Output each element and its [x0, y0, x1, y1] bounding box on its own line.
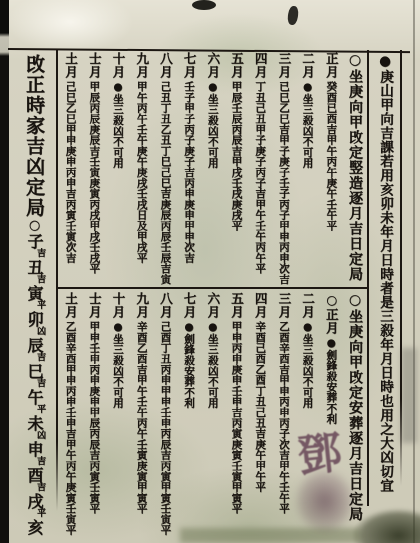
month-days: 乙酉辛酉甲申丙申壬申吉甲午丙午庚寅壬寅平	[65, 321, 77, 535]
section-title: ○坐庚向甲攺定竪造逐月吉日定局	[347, 52, 363, 282]
hour-rating: 凶	[18, 326, 56, 335]
month-column-11: 士月甲辰丙辰庚辰吉壬寅庚寅丙戌甲戌壬戌平	[83, 52, 106, 285]
month-column-9: 九月辛酉乙酉吉甲午壬午丙午壬寅庚寅甲寅平	[130, 292, 153, 539]
hour-rating: 吉	[18, 456, 56, 465]
month-days: ●坐三殺凶不可用	[112, 321, 124, 408]
month-days: 辛酉己酉乙酉丁丑己丑吉庚午甲午平	[254, 321, 266, 492]
construction-section: ○坐庚向甲攺定竪造逐月吉日定局 正月癸酉已酉吉甲午丙午庚午壬午平 二月●坐三殺凶…	[59, 52, 366, 285]
column-rule-left	[56, 49, 58, 511]
month-days: ●坐三殺凶不可用	[302, 81, 314, 168]
hour-branch: 亥	[25, 519, 44, 536]
ink-blot-top	[192, 0, 216, 10]
month-days: 己酉丁丑丙申甲申壬申丙辰吉丙寅甲寅壬寅平	[159, 321, 171, 535]
month-label: 六月	[206, 292, 221, 319]
hour-luck-column: 攺正時家吉凶定局○子吉丑吉寅平卯凶辰吉巳吉午平未凶申吉酉吉戌平亥凶	[11, 54, 56, 536]
hour-rating: 吉	[18, 274, 56, 283]
month-label: ○正月	[324, 292, 339, 335]
hour-rating: 吉	[18, 378, 56, 387]
month-label: 土月	[64, 292, 79, 319]
month-label: 四月	[253, 292, 268, 319]
month-label: 十月	[111, 292, 126, 319]
hour-rating: 吉	[18, 352, 56, 361]
margin-smudge	[401, 348, 417, 443]
hour-rating: 平	[18, 508, 56, 517]
paper-edge	[413, 0, 415, 543]
hour-rating: 凶	[18, 430, 56, 439]
month-column-7: 七月●劍鋒殺安葬不利	[178, 292, 201, 539]
month-days: 已巳乙巳吉甲子庚子壬子丙子甲申丙申次吉	[278, 81, 290, 284]
month-days: 辛酉乙酉吉甲午壬午丙午壬寅庚寅甲寅平	[136, 321, 148, 514]
month-days: 丁丑己丑甲子庚子丙子吉甲午壬午丙午平	[254, 81, 266, 274]
month-column-10: 十月●坐三殺凶不可用	[106, 52, 129, 285]
month-column-11: 士月甲申壬申丙申庚申甲辰丙辰吉丙寅壬寅平	[83, 292, 106, 539]
month-days: 甲辰壬辰丙辰吉甲戌壬戌庚戌平	[230, 81, 242, 231]
month-label: 七月	[182, 52, 197, 79]
month-column-2: 二月●坐三殺凶不可用	[296, 52, 319, 285]
month-column-10: 十月●坐三殺凶不可用	[106, 292, 129, 539]
month-days: 甲申壬申丙申庚申甲辰丙辰吉丙寅壬寅平	[88, 321, 100, 514]
month-label: 四月	[253, 52, 268, 79]
month-days: 己巳乙巳甲申庚申丙申吉丙寅壬寅次吉	[65, 81, 77, 263]
book-spine-bar	[0, 0, 9, 543]
month-column-6: 六月●坐三殺凶不可用	[201, 52, 224, 285]
month-days: ●劍鋒殺安葬不利	[183, 321, 195, 408]
month-days: ●坐三殺凶不可用	[207, 321, 219, 408]
right-annotation-text: ●庚山甲向吉課若用亥卯未年月日時者是三殺年月日時也用之大凶切宜避之	[369, 53, 393, 493]
month-column-12: 土月乙酉辛酉甲申丙申壬申吉甲午丙午庚寅壬寅平	[59, 292, 82, 539]
month-days: ●坐三殺凶不可用	[302, 321, 314, 408]
hour-rating: 吉	[18, 482, 56, 491]
month-days: 己丑丁丑乙丑丁巳己巳吉庚辰丙辰壬辰吉寅日平	[154, 52, 172, 284]
month-days: 甲午丙午壬午庚午庚戌壬戌日及甲戌平	[136, 81, 148, 263]
month-column-4: 四月辛酉己酉乙酉丁丑己丑吉庚午甲午平	[249, 292, 272, 539]
month-label: 十月	[111, 52, 126, 79]
right-annotation-column: ●庚山甲向吉課若用亥卯未年月日時者是三殺年月日時也用之大凶切宜避之	[369, 53, 400, 505]
month-label: 七月	[182, 292, 197, 319]
month-label: 正月	[324, 52, 339, 79]
month-days: ●坐三殺凶不可用	[112, 81, 124, 168]
month-days: 癸酉已酉吉甲午丙午庚午壬午平	[325, 81, 337, 231]
month-column-5: 五月甲申丙申庚申壬申吉丙寅庚寅壬寅甲寅平	[225, 292, 248, 539]
hour-rating: 吉	[18, 248, 56, 257]
month-label: 三月	[277, 292, 292, 319]
month-label: 土月	[64, 52, 79, 79]
ink-blot-right	[287, 5, 300, 25]
month-label: 三月	[277, 52, 292, 79]
circle-marker: ○	[27, 218, 42, 233]
hour-rating: 平	[18, 300, 56, 309]
month-column-8: 八月己丑丁丑乙丑丁巳己巳吉庚辰丙辰壬辰吉寅日平	[154, 52, 177, 285]
month-label: 二月	[301, 52, 316, 79]
manuscript-page: ●庚山甲向吉課若用亥卯未年月日時者是三殺年月日時也用之大凶切宜避之 攺正時家吉凶…	[0, 0, 420, 543]
month-label: 士月	[87, 292, 102, 319]
month-label: 六月	[206, 52, 221, 79]
section-title-column: ○坐庚向甲攺定竪造逐月吉日定局	[343, 52, 366, 285]
month-column-5: 五月甲辰壬辰丙辰吉甲戌壬戌庚戌平	[225, 52, 248, 285]
month-days: ●坐三殺凶不可用	[207, 81, 219, 168]
month-label: 九月	[135, 52, 150, 79]
month-column-3: 三月已巳乙巳吉甲子庚子壬子丙子甲申丙申次吉	[272, 52, 295, 285]
month-label: 二月	[301, 292, 316, 319]
month-label: 八月	[158, 292, 173, 319]
hour-rating: 平	[18, 404, 56, 413]
section-divider-rule	[57, 287, 367, 289]
month-column-1: 正月癸酉已酉吉甲午丙午庚午壬午平	[320, 52, 343, 285]
month-label: 九月	[135, 292, 150, 319]
month-days: 壬子甲子丙子庚子吉丙申庚申甲申次吉	[183, 81, 195, 263]
seal-stamp: 鄧	[279, 428, 368, 541]
hour-rating: 凶	[11, 54, 18, 61]
hour-luck-header: 攺正時家吉凶定局	[23, 54, 45, 218]
month-days: 甲申丙申庚申壬申吉丙寅庚寅壬寅甲寅平	[230, 321, 242, 514]
month-column-4: 四月丁丑己丑甲子庚子丙子吉甲午壬午丙午平	[249, 52, 272, 285]
month-column-6: 六月●坐三殺凶不可用	[201, 292, 224, 539]
month-days: ●劍鋒殺安葬不利	[325, 337, 337, 424]
column-rule-right-outer	[400, 50, 402, 486]
month-column-7: 七月壬子甲子丙子庚子吉丙申庚申甲申次吉	[178, 52, 201, 285]
month-column-8: 八月己酉丁丑丙申甲申壬申丙辰吉丙寅甲寅壬寅平	[154, 292, 177, 539]
month-column-9: 九月甲午丙午壬午庚午庚戌壬戌日及甲戌平	[130, 52, 153, 285]
month-label: 士月	[87, 52, 102, 79]
month-column-12: 土月己巳乙巳甲申庚申丙申吉丙寅壬寅次吉	[59, 52, 82, 285]
month-label: 八月	[158, 52, 173, 79]
month-label: 五月	[229, 52, 244, 79]
month-days: 甲辰丙辰庚辰吉壬寅庚寅丙戌甲戌壬戌平	[88, 81, 100, 274]
month-label: 五月	[229, 292, 244, 319]
